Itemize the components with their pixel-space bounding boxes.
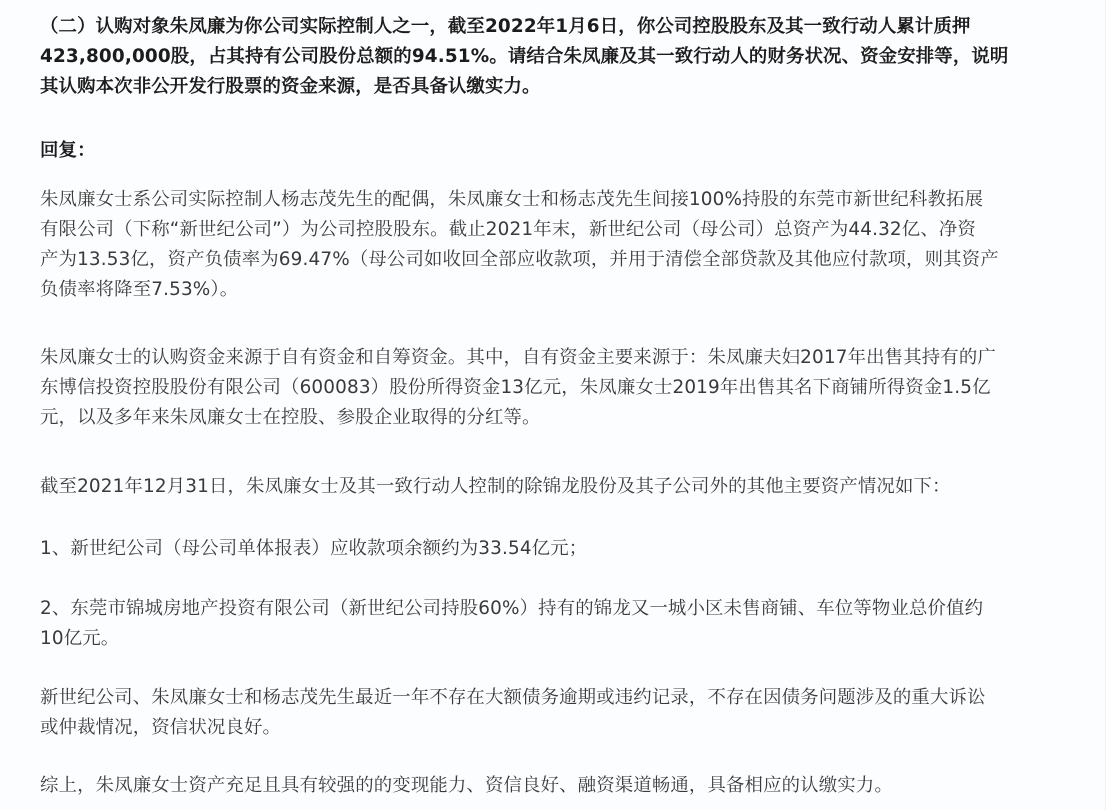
question-paragraph: （二）认购对象朱凤廉为你公司实际控制人之一，截至2022年1月6日，你公司控股股… [40,12,1070,102]
paragraph-assets-intro: 截至2021年12月31日，朱凤廉女士及其一致行动人控制的除锦龙股份及其子公司外… [40,472,1070,502]
reply-heading: 回复： [40,136,1070,166]
paragraph-controller-relationship: 朱凤廉女士系公司实际控制人杨志茂先生的配偶，朱凤廉女士和杨志茂先生间接100%持… [40,185,1070,305]
paragraph-line: 元，以及多年来朱凤廉女士在控股、参股企业取得的分红等。 [40,403,1070,433]
paragraph-line: 有限公司（下称“新世纪公司”）为公司控股股东。截止2021年末，新世纪公司（母公… [40,215,1070,245]
paragraph-conclusion: 综上，朱凤廉女士资产充足且具有较强的的变现能力、资信良好、融资渠道畅通，具备相应… [40,771,1070,801]
paragraph-line: 新世纪公司、朱凤廉女士和杨志茂先生最近一年不存在大额债务逾期或违约记录，不存在因… [40,683,1070,713]
paragraph-credit-status: 新世纪公司、朱凤廉女士和杨志茂先生最近一年不存在大额债务逾期或违约记录，不存在因… [40,683,1070,743]
question-line: （二）认购对象朱凤廉为你公司实际控制人之一，截至2022年1月6日，你公司控股股… [40,12,1070,42]
paragraph-line: 或仲裁情况，资信状况良好。 [40,713,1070,743]
document-page: （二）认购对象朱凤廉为你公司实际控制人之一，截至2022年1月6日，你公司控股股… [0,0,1106,810]
paragraph-line: 产为13.53亿，资产负债率为69.47%（母公司如收回全部应收款项，并用于清偿… [40,245,1070,275]
paragraph-line: 1、新世纪公司（母公司单体报表）应收款项余额约为33.54亿元； [40,534,1070,564]
paragraph-line: 朱凤廉女士系公司实际控制人杨志茂先生的配偶，朱凤廉女士和杨志茂先生间接100%持… [40,185,1070,215]
paragraph-line: 截至2021年12月31日，朱凤廉女士及其一致行动人控制的除锦龙股份及其子公司外… [40,472,1070,502]
list-item-1: 1、新世纪公司（母公司单体报表）应收款项余额约为33.54亿元； [40,534,1070,564]
list-item-2: 2、东莞市锦城房地产投资有限公司（新世纪公司持股60%）持有的锦龙又一城小区未售… [40,594,1070,654]
paragraph-line: 负债率将降至7.53%）。 [40,275,1070,305]
paragraph-line: 综上，朱凤廉女士资产充足且具有较强的的变现能力、资信良好、融资渠道畅通，具备相应… [40,771,1070,801]
paragraph-line: 2、东莞市锦城房地产投资有限公司（新世纪公司持股60%）持有的锦龙又一城小区未售… [40,594,1070,624]
question-line: 其认购本次非公开发行股票的资金来源，是否具备认缴实力。 [40,72,1070,102]
question-line: 423,800,000股，占其持有公司股份总额的94.51%。请结合朱凤廉及其一… [40,42,1070,72]
paragraph-line: 朱凤廉女士的认购资金来源于自有资金和自筹资金。其中，自有资金主要来源于：朱凤廉夫… [40,343,1070,373]
paragraph-line: 10亿元。 [40,624,1070,654]
paragraph-line: 东博信投资控股股份有限公司（600083）股份所得资金13亿元，朱凤廉女士201… [40,373,1070,403]
paragraph-funding-source: 朱凤廉女士的认购资金来源于自有资金和自筹资金。其中，自有资金主要来源于：朱凤廉夫… [40,343,1070,433]
